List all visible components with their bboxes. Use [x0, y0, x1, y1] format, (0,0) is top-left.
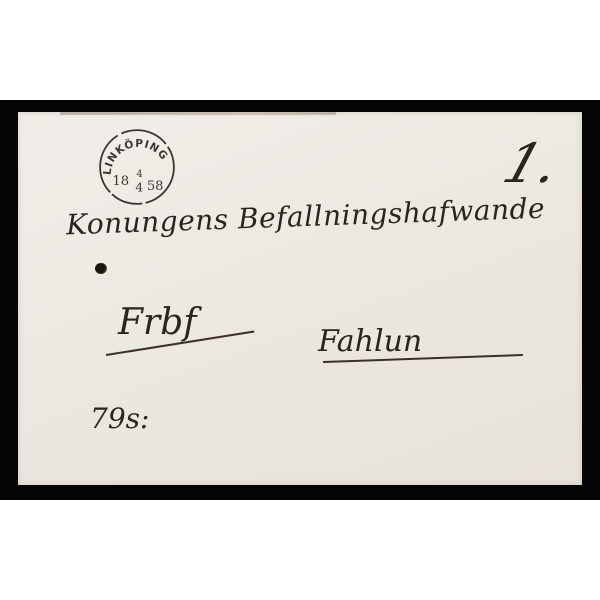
postage-text: 79s:: [90, 402, 149, 435]
postmark-month: 4: [135, 181, 143, 195]
postmark-circle-icon: LINKÖPING 4 18 4 58: [96, 126, 178, 208]
envelope: LINKÖPING 4 18 4 58 1. Konungens Befalln…: [18, 112, 582, 485]
postmark-day: 4: [136, 169, 142, 180]
postmark-year-suffix: 58: [147, 179, 164, 194]
postmark-linkoping: LINKÖPING 4 18 4 58: [96, 126, 178, 208]
ink-blot: [95, 263, 107, 274]
flap-edge: [60, 112, 336, 115]
franking-text: Frbf: [118, 302, 197, 343]
destination-text: Fahlun: [318, 324, 422, 359]
postmark-year-prefix: 18: [112, 174, 129, 189]
number-mark: 1.: [496, 132, 568, 195]
